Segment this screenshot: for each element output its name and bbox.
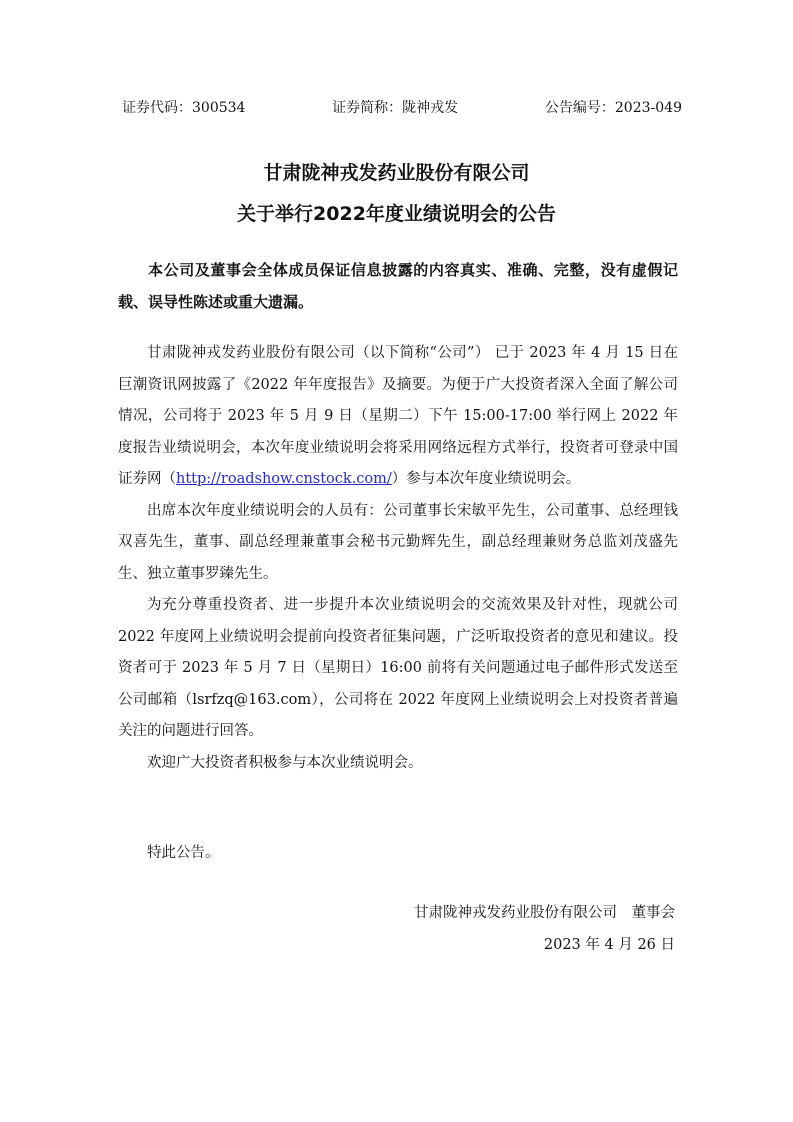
document-header: 证券代码：300534 证券简称：陇神戎发 公告编号：2023-049 (122, 97, 682, 119)
paragraph-question-collection: 为充分尊重投资者、进一步提升本次业绩说明会的交流效果及针对性，现就公司 2022… (118, 590, 678, 748)
closing-text: 特此公告。 (118, 838, 678, 870)
roadshow-link[interactable]: http://roadshow.cnstock.com/ (176, 471, 392, 487)
stock-name: 证券简称：陇神戎发 (332, 97, 458, 119)
paragraph-attendees: 出席本次年度业绩说明会的人员有：公司董事长宋敏平先生，公司董事、总经理钱双喜先生… (118, 496, 678, 591)
paragraph-welcome: 欢迎广大投资者积极参与本次业绩说明会。 (118, 748, 678, 780)
signature-date: 2023 年 4 月 26 日 (544, 933, 675, 954)
announcement-title: 关于举行2022年度业绩说明会的公告 (0, 199, 793, 226)
stock-code: 证券代码：300534 (122, 97, 245, 119)
document-page: 证券代码：300534 证券简称：陇神戎发 公告编号：2023-049 甘肃陇神… (0, 0, 793, 1122)
announcement-body: 甘肃陇神戎发药业股份有限公司（以下简称“公司”） 已于 2023 年 4 月 1… (118, 338, 678, 779)
announcement-number: 公告编号：2023-049 (545, 97, 682, 119)
signature-issuer: 甘肃陇神戎发药业股份有限公司 董事会 (414, 901, 675, 922)
company-title: 甘肃陇神戎发药业股份有限公司 (0, 158, 793, 185)
disclosure-statement: 本公司及董事会全体成员保证信息披露的内容真实、准确、完整，没有虚假记载、误导性陈… (118, 254, 678, 318)
closing-block: 特此公告。 (118, 838, 678, 870)
paragraph-meeting-info: 甘肃陇神戎发药业股份有限公司（以下简称“公司”） 已于 2023 年 4 月 1… (118, 338, 678, 496)
paragraph-text: 甘肃陇神戎发药业股份有限公司（以下简称“公司”） 已于 2023 年 4 月 1… (118, 345, 678, 487)
statement-block: 本公司及董事会全体成员保证信息披露的内容真实、准确、完整，没有虚假记载、误导性陈… (118, 254, 678, 318)
paragraph-text: ）参与本次年度业绩说明会。 (392, 471, 581, 487)
